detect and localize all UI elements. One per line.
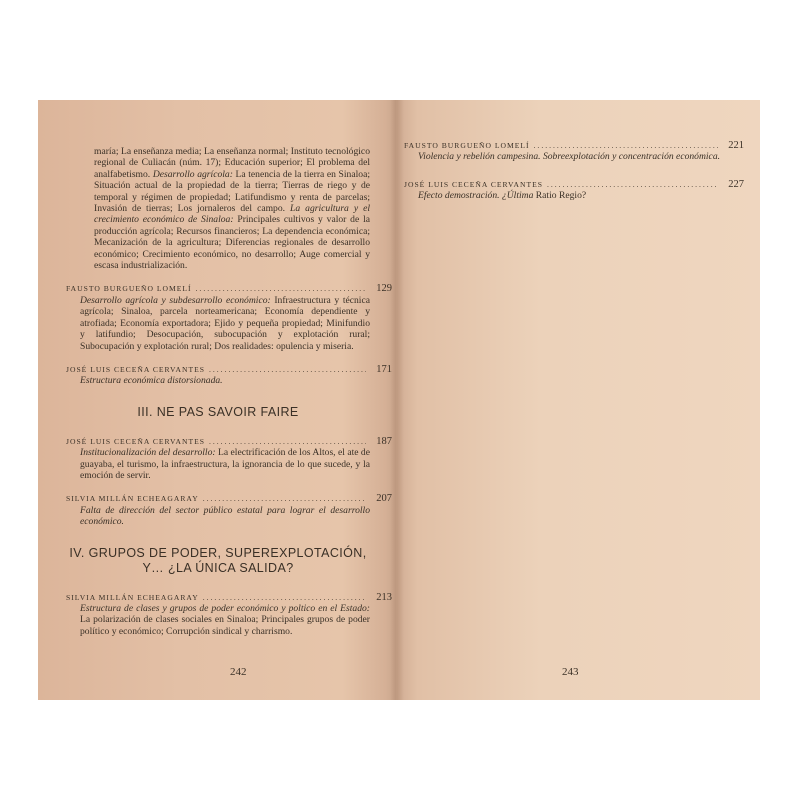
leader-dots [203,493,366,504]
italic-heading: Desarrollo agrícola y subdesarrollo econ… [80,295,271,306]
right-page-content: Fausto Burgueño Lomelí 221 Violencia y r… [404,140,722,214]
leader-dots [209,364,366,375]
left-page-content: maría; La enseñanza media; La enseñanza … [80,146,370,649]
author-name: José Luis Ceceña Cervantes [66,364,205,375]
entry-description: Estructura de clases y grupos de poder e… [80,603,370,637]
page-number: 129 [370,283,392,294]
italic-heading: Estructura de clases y grupos de poder e… [80,603,370,614]
author-name: Silvia Millán Echeagaray [66,592,199,603]
author-name: Fausto Burgueño Lomelí [66,283,192,294]
toc-author-line: Fausto Burgueño Lomelí 221 [404,140,722,151]
right-page: Fausto Burgueño Lomelí 221 Violencia y r… [396,100,760,700]
leader-dots [534,140,718,151]
italic-heading: Estructura económica distorsionada. [80,375,223,386]
toc-author-line: José Luis Ceceña Cervantes 187 [66,436,370,447]
entry-description: Violencia y rebelión campesina. Sobreexp… [418,151,722,162]
page-folio: 242 [230,666,247,678]
italic-heading: Efecto demostración. ¿Última [418,190,533,201]
italic-heading: Violencia y rebelión campesina. Sobreexp… [418,151,720,162]
toc-entry: Silvia Millán Echeagaray 207 Falta de di… [66,493,370,527]
book-gutter [390,100,404,700]
italic-heading: Desarrollo agrícola: [153,169,233,180]
text-segment: La polarización de clases sociales en Si… [80,614,370,636]
italic-heading: Institucionalización del desarrollo: [80,447,216,458]
toc-author-line: Fausto Burgueño Lomelí 129 [66,283,370,294]
author-name: Silvia Millán Echeagaray [66,493,199,504]
page-number: 171 [370,364,392,375]
page-number: 213 [370,592,392,603]
section-heading-line: IV. GRUPOS DE PODER, SUPEREXPLOTACIÓN, [66,546,370,561]
toc-author-line: Silvia Millán Echeagaray 213 [66,592,370,603]
leader-dots [203,592,366,603]
author-name: Fausto Burgueño Lomelí [404,140,530,151]
author-name: José Luis Ceceña Cervantes [404,179,543,190]
section-heading-line: Y… ¿LA ÚNICA SALIDA? [66,561,370,576]
text-segment: Ratio Regio? [533,190,586,201]
page-number: 221 [722,140,744,151]
italic-heading: Falta de dirección del sector público es… [80,505,370,527]
toc-author-line: José Luis Ceceña Cervantes 171 [66,364,370,375]
toc-author-line: José Luis Ceceña Cervantes 227 [404,179,722,190]
page-folio: 243 [562,666,579,678]
toc-entry: Fausto Burgueño Lomelí 221 Violencia y r… [404,140,722,163]
author-name: José Luis Ceceña Cervantes [66,436,205,447]
toc-entry: José Luis Ceceña Cervantes 187 Instituci… [66,436,370,482]
entry-description: Estructura económica distorsionada. [80,375,370,386]
entry-description: Falta de dirección del sector público es… [80,505,370,528]
leader-dots [196,283,366,294]
toc-entry: Fausto Burgueño Lomelí 129 Desarrollo ag… [66,283,370,351]
page-number: 227 [722,179,744,190]
toc-entry: José Luis Ceceña Cervantes 227 Efecto de… [404,179,722,202]
section-heading: III. NE PAS SAVOIR FAIRE [66,405,370,420]
continued-entry-text: maría; La enseñanza media; La enseñanza … [94,146,370,271]
toc-entry: José Luis Ceceña Cervantes 171 Estructur… [66,364,370,387]
open-book: maría; La enseñanza media; La enseñanza … [38,100,760,700]
section-heading: IV. GRUPOS DE PODER, SUPEREXPLOTACIÓN, Y… [66,546,370,576]
entry-description: Efecto demostración. ¿Última Ratio Regio… [418,190,722,201]
leader-dots [209,436,366,447]
toc-author-line: Silvia Millán Echeagaray 207 [66,493,370,504]
left-page: maría; La enseñanza media; La enseñanza … [38,100,396,700]
page-number: 187 [370,436,392,447]
page-number: 207 [370,493,392,504]
leader-dots [547,179,718,190]
entry-description: Institucionalización del desarrollo: La … [80,447,370,481]
toc-entry: Silvia Millán Echeagaray 213 Estructura … [66,592,370,638]
entry-description: Desarrollo agrícola y subdesarrollo econ… [80,295,370,352]
